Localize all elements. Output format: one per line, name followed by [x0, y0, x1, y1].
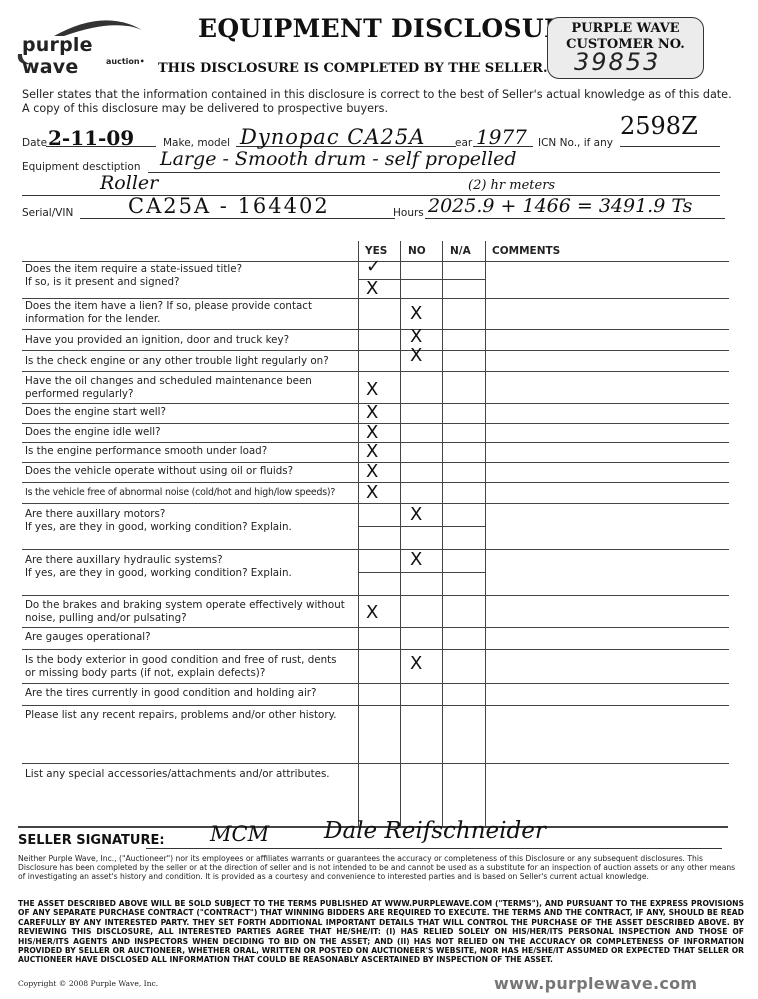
grid-line	[22, 627, 729, 628]
question-accessories: List any special accessories/attachments…	[25, 768, 330, 781]
answer-mark-7[interactable]: X	[366, 424, 378, 442]
question-body-exterior: Is the body exterior in good condition a…	[25, 654, 345, 680]
seller-signature-label: SELLER SIGNATURE:	[18, 833, 165, 848]
icn-label: ICN No., if any	[538, 137, 613, 149]
hours-field[interactable]: 2025.9 + 1466 = 3491.9 Ts	[428, 195, 692, 217]
icn-field[interactable]: 2598Z	[620, 112, 698, 140]
disclaimer-text: Neither Purple Wave, Inc., ("Auctioneer"…	[18, 854, 740, 882]
question-abnormal-noise: Is the vehicle free of abnormal noise (c…	[25, 486, 335, 499]
question-engine-start: Does the engine start well?	[25, 406, 166, 419]
hours-label: Hours	[393, 207, 424, 219]
question-aux-motors: Are there auxillary motors?	[25, 508, 165, 521]
question-aux-motors-condition: If yes, are they in good, working condit…	[25, 521, 292, 534]
customer-number-value[interactable]: 39853	[574, 48, 660, 76]
column-header-comments: COMMENTS	[492, 245, 560, 257]
copyright-text: Copyright © 2008 Purple Wave, Inc.	[18, 979, 158, 988]
question-aux-hydraulics: Are there auxillary hydraulic systems?	[25, 554, 223, 567]
grid-line	[22, 705, 729, 706]
intro-line-1: Seller states that the information conta…	[22, 88, 732, 102]
logo-subtext: auction•	[106, 57, 145, 66]
column-header-no: NO	[408, 245, 426, 257]
question-title-signed: If so, is it present and signed?	[25, 276, 180, 289]
answer-mark-2[interactable]: X	[410, 305, 422, 323]
answer-mark-13[interactable]: X	[410, 551, 422, 569]
answer-mark-9[interactable]: X	[366, 463, 378, 481]
answer-mark-1[interactable]: X	[366, 280, 378, 298]
question-gauges: Are gauges operational?	[25, 631, 151, 644]
serial-vin-label: Serial/VIN	[22, 207, 73, 219]
column-header-na: N/A	[450, 245, 471, 257]
question-aux-hydraulics-condition: If yes, are they in good, working condit…	[25, 567, 292, 580]
grid-line	[22, 549, 729, 550]
grid-line	[22, 763, 729, 764]
question-engine-smooth: Is the engine performance smooth under l…	[25, 445, 267, 458]
customer-box-label-line1: PURPLE WAVE	[548, 21, 703, 37]
answer-mark-5[interactable]: X	[366, 381, 378, 399]
date-label: Date	[22, 137, 47, 149]
equipment-description-line2[interactable]: Roller	[100, 172, 158, 194]
question-no-oil-fluids: Does the vehicle operate without using o…	[25, 465, 293, 478]
grid-line	[358, 526, 485, 527]
grid-line	[22, 329, 729, 330]
grid-line	[358, 572, 485, 573]
purple-wave-logo: purple wave auction•	[14, 14, 154, 70]
seller-initials[interactable]: MCM	[210, 822, 269, 846]
question-tires: Are the tires currently in good conditio…	[25, 687, 317, 700]
intro-text: Seller states that the information conta…	[22, 88, 732, 115]
question-recent-repairs: Please list any recent repairs, problems…	[25, 709, 345, 722]
year-field[interactable]: 1977	[476, 125, 527, 149]
date-field[interactable]: 2-11-09	[48, 126, 134, 150]
answer-mark-3[interactable]: X	[410, 328, 422, 346]
make-model-field[interactable]: Dynopac CA25A	[240, 125, 425, 149]
answer-mark-10[interactable]: X	[366, 484, 378, 502]
grid-line	[22, 503, 729, 504]
question-engine-idle: Does the engine idle well?	[25, 426, 161, 439]
question-oil-changes: Have the oil changes and scheduled maint…	[25, 375, 345, 401]
page-title: EQUIPMENT DISCLOSURE	[198, 14, 584, 43]
customer-number-box: PURPLE WAVE CUSTOMER NO. 39853	[547, 17, 704, 79]
answer-mark-6[interactable]: X	[366, 404, 378, 422]
hr-meters-note: (2) hr meters	[468, 178, 555, 193]
equipment-description-field[interactable]: Large - Smooth drum - self propelled	[160, 148, 517, 170]
question-title-required: Does the item require a state-issued tit…	[25, 263, 242, 276]
answer-mark-11[interactable]: X	[410, 506, 422, 524]
answer-mark-15[interactable]: X	[366, 604, 378, 622]
question-keys: Have you provided an ignition, door and …	[25, 334, 289, 347]
website-link[interactable]: www.purplewave.com	[494, 974, 697, 993]
grid-line	[22, 371, 729, 372]
legal-terms-text: THE ASSET DESCRIBED ABOVE WILL BE SOLD S…	[18, 899, 744, 965]
grid-line	[22, 595, 729, 596]
question-brakes: Do the brakes and braking system operate…	[25, 599, 345, 625]
question-lien: Does the item have a lien? If so, please…	[25, 300, 345, 326]
logo-text: purple wave	[22, 34, 154, 78]
answer-mark-0[interactable]: ✓	[366, 258, 381, 276]
answer-mark-17[interactable]: X	[410, 655, 422, 673]
seller-signature[interactable]: Dale Reifschneider	[324, 818, 546, 844]
answer-mark-4[interactable]: X	[410, 347, 422, 365]
answer-mark-8[interactable]: X	[366, 443, 378, 461]
question-check-engine: Is the check engine or any other trouble…	[25, 355, 329, 368]
grid-line	[22, 683, 729, 684]
grid-line	[22, 649, 729, 650]
serial-vin-field[interactable]: CA25A - 164402	[128, 194, 330, 218]
page-subtitle: THIS DISCLOSURE IS COMPLETED BY THE SELL…	[158, 61, 548, 76]
grid-line	[22, 350, 729, 351]
